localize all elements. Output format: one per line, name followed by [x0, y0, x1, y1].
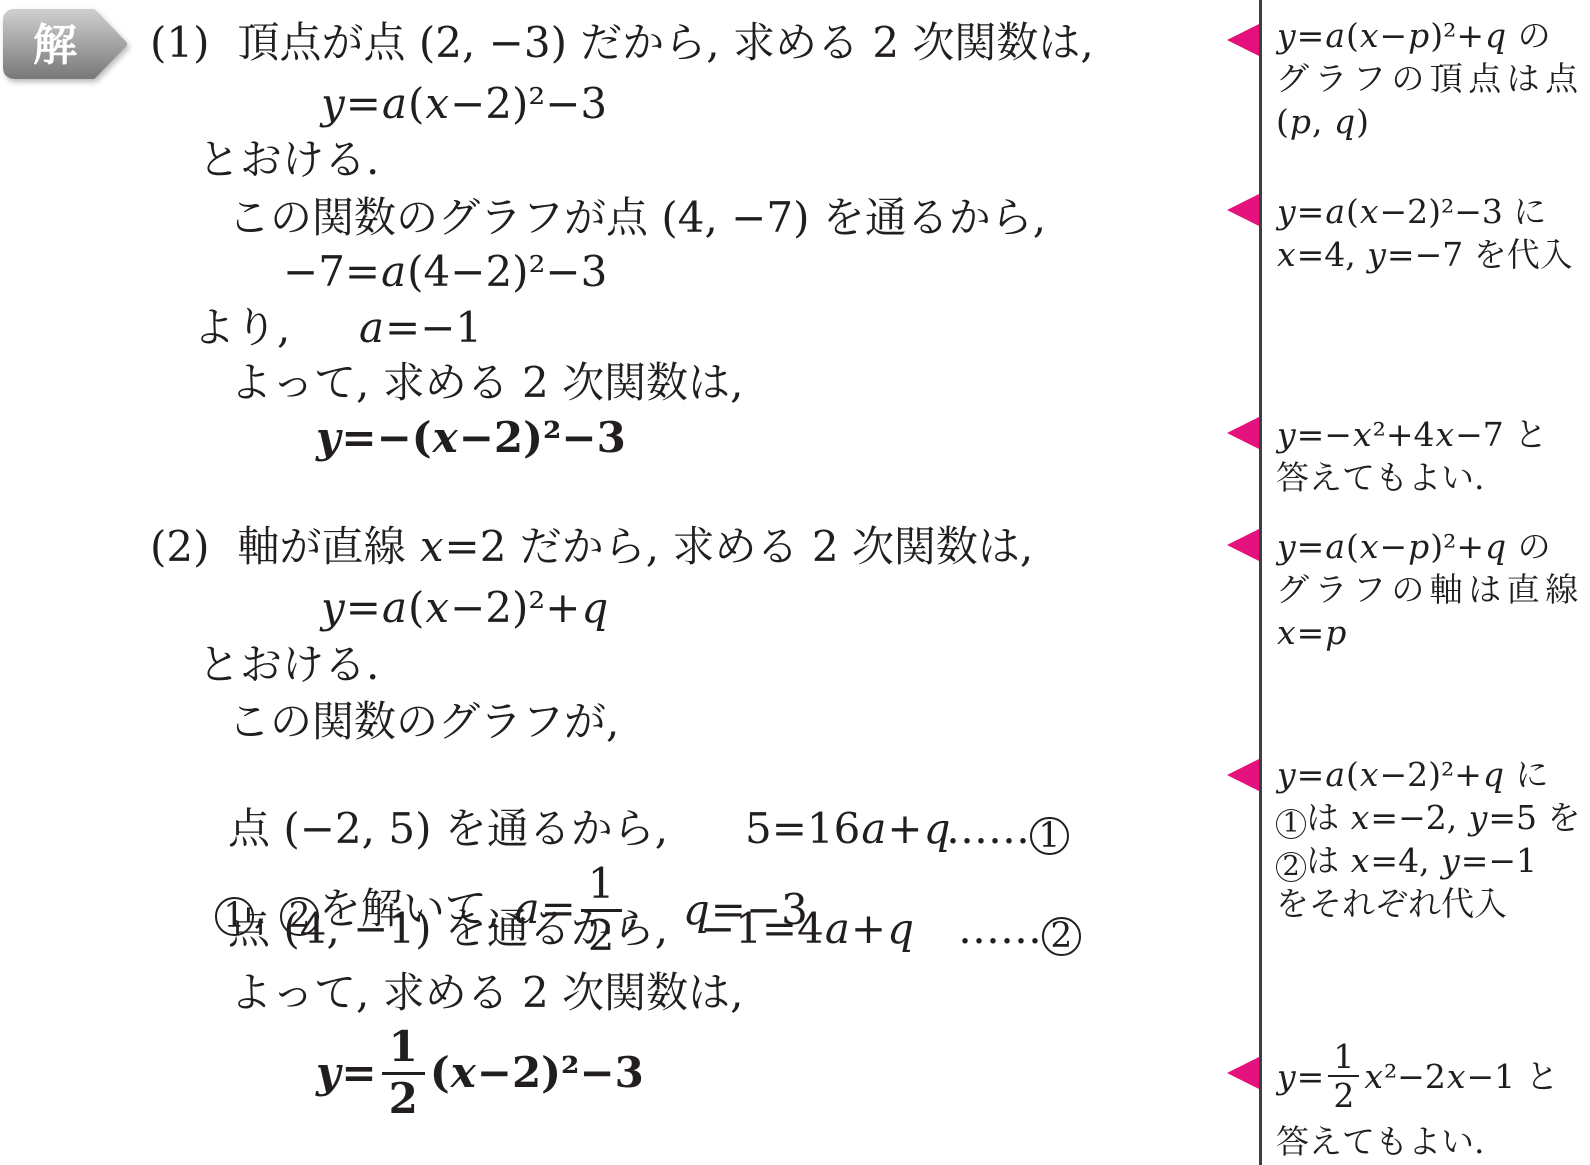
fraction-denominator: 2 [1328, 1077, 1359, 1112]
fraction-denominator: 2 [581, 912, 622, 958]
margin-note-substitute2: y=a(x−2)²+q に 1は x=−2, y=5 を 2は x=4, y=−… [1276, 753, 1588, 925]
part1-assume-text: とおける. [198, 135, 379, 185]
note-line: x=p [1276, 611, 1588, 654]
part2-answer-equation: y= 12 (x−2)²−3 [315, 1025, 644, 1121]
note-line: y=a(x−2)²+q に [1276, 753, 1588, 796]
part1-intro-text: 頂点が点 (2, −3) だから, 求める 2 次関数は, [238, 18, 1094, 67]
note-line: 答えてもよい. [1276, 1120, 1588, 1163]
note-line: y=a(x−p)²+q の [1276, 525, 1588, 568]
part1-set-equation: y=a(x−2)²−3 [320, 79, 607, 129]
badge-label: 解 [33, 20, 77, 71]
part1-a-value: a=−1 [358, 303, 482, 353]
part2-point1-equation: 5=16a+q [745, 804, 952, 854]
part1-through-text: この関数のグラフが点 (4, −7) を通るから, [228, 193, 1046, 243]
note-line: 1は x=−2, y=5 を [1276, 796, 1588, 839]
margin-divider-line [1259, 0, 1262, 1165]
textbook-solution-page: 解 (1)頂点が点 (2, −3) だから, 求める 2 次関数は, y=a(x… [0, 0, 1590, 1165]
margin-note-substitute1: y=a(x−2)²−3 に x=4, y=−7 を代入 [1276, 190, 1588, 276]
part2-number: (2) [150, 522, 210, 572]
note-line: をそれぞれ代入 [1276, 882, 1588, 925]
part2-intro-line: (2)軸が直線 x=2 だから, 求める 2 次関数は, [150, 522, 1033, 572]
note-arrow-icon [1227, 24, 1259, 56]
note-fraction: 12 [1328, 1040, 1359, 1112]
margin-note-alt-answer1: y=−x²+4x−7 と 答えてもよい. [1276, 413, 1588, 499]
note-line: 答えてもよい. [1276, 456, 1588, 499]
part1-a-value-line: より, a=−1 [193, 303, 1590, 353]
note-line: y=−x²+4x−7 と [1276, 413, 1588, 456]
part1-number: (1) [150, 18, 210, 68]
part2-solve-post: , q=−3 [627, 885, 808, 935]
note-arrow-icon [1227, 529, 1259, 561]
solution-badge: 解 [2, 8, 128, 80]
part2-solve-line: 1, 2を解いて, a= 12 , q=−3 [215, 862, 808, 958]
part2-answer-pre: y= [315, 1048, 377, 1098]
part1-substituted-equation: −7=a(4−2)²−3 [283, 247, 607, 297]
note-eq-pre: y= [1276, 1055, 1324, 1098]
part2-therefore-text: よって, 求める 2 次関数は, [230, 968, 743, 1018]
part2-answer-post: (x−2)²−3 [430, 1048, 644, 1098]
note-line: グラフの頂点は点 [1276, 57, 1588, 100]
part1-yori-text: より, [193, 303, 290, 352]
fraction-numerator: 1 [581, 863, 622, 912]
note-fraction-line: y= 12 x²−2x−1 と [1276, 1032, 1588, 1120]
margin-note-vertex: y=a(x−p)²+q の グラフの頂点は点 (p, q) [1276, 14, 1588, 143]
note-line: 2は x=4, y=−1 [1276, 839, 1588, 882]
part2-point1-label: 点 (−2, 5) を通るから, [228, 804, 668, 853]
part2-point1-ref: ……1 [946, 804, 1069, 856]
part1-intro-line: (1)頂点が点 (2, −3) だから, 求める 2 次関数は, [150, 18, 1094, 68]
note-line: グラフの軸は直線 [1276, 568, 1588, 611]
margin-note-axis: y=a(x−p)²+q の グラフの軸は直線 x=p [1276, 525, 1588, 654]
part2-set-equation: y=a(x−2)²+q [320, 583, 609, 633]
note-arrow-icon [1227, 417, 1259, 449]
part2-graph-text: この関数のグラフが, [228, 697, 619, 747]
part2-assume-text: とおける. [198, 640, 379, 690]
part2-intro-text: 軸が直線 x=2 だから, 求める 2 次関数は, [238, 522, 1034, 571]
part2-solve-pre: 1, 2を解いて, a= [215, 884, 576, 936]
note-arrow-icon [1227, 1057, 1259, 1089]
margin-note-alt-answer2: y= 12 x²−2x−1 と 答えてもよい. [1276, 1032, 1588, 1163]
part2-answer-fraction: 12 [382, 1026, 425, 1121]
fraction-numerator: 1 [382, 1026, 425, 1075]
fraction-numerator: 1 [1328, 1040, 1359, 1077]
part2-solve-fraction: 12 [581, 863, 622, 958]
note-arrow-icon [1227, 759, 1259, 791]
note-arrow-icon [1227, 194, 1259, 226]
note-line: x=4, y=−7 を代入 [1276, 233, 1588, 276]
note-line: y=a(x−2)²−3 に [1276, 190, 1588, 233]
part1-therefore-text: よって, 求める 2 次関数は, [230, 358, 743, 408]
part2-point2-ref: ……2 [958, 904, 1081, 956]
note-eq-post: x²−2x−1 と [1363, 1055, 1558, 1098]
note-line: y=a(x−p)²+q の [1276, 14, 1588, 57]
part1-answer-equation: y=−(x−2)²−3 [315, 413, 626, 463]
fraction-denominator: 2 [382, 1075, 425, 1121]
note-line: (p, q) [1276, 100, 1588, 143]
